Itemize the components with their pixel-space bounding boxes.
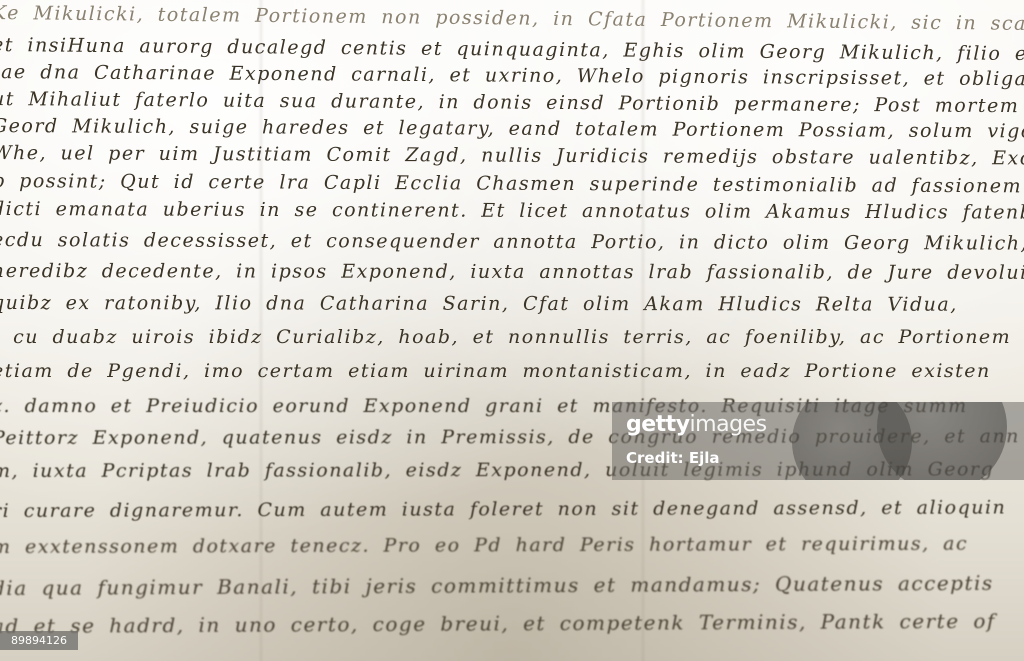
manuscript-line: , cu duabz uirois ibidz Curialibz, hoab,… bbox=[0, 326, 1024, 348]
manuscript-line: quibz ex ratoniby, Ilio dna Catharina Sa… bbox=[0, 292, 1024, 316]
photo-credit: Credit: Ejla bbox=[626, 449, 720, 467]
manuscript-line: m exxtenssonem dotxare tenecz. Pro eo Pd… bbox=[0, 532, 1024, 558]
manuscript-line: ri curare dignaremur. Cum autem iusta fo… bbox=[0, 496, 1024, 522]
manuscript-line: dicti emanata uberius in se continerent.… bbox=[0, 198, 1024, 224]
manuscript-line: etiam de Pgendi, imo certam etiam uirina… bbox=[0, 360, 1024, 382]
getty-watermark: gettyimages Credit: Ejla bbox=[612, 402, 1024, 480]
logo-light-part: images bbox=[690, 412, 767, 437]
watermark-circle-shape bbox=[877, 402, 1007, 480]
manuscript-line: heredibz decedente, in ipsos Exponend, i… bbox=[0, 260, 1024, 284]
image-id-label: 89894126 bbox=[0, 631, 78, 650]
manuscript-line: ecdu solatis decessisset, et consequende… bbox=[0, 229, 1024, 255]
getty-images-logo: gettyimages bbox=[626, 412, 767, 437]
logo-bold-part: getty bbox=[626, 412, 690, 437]
